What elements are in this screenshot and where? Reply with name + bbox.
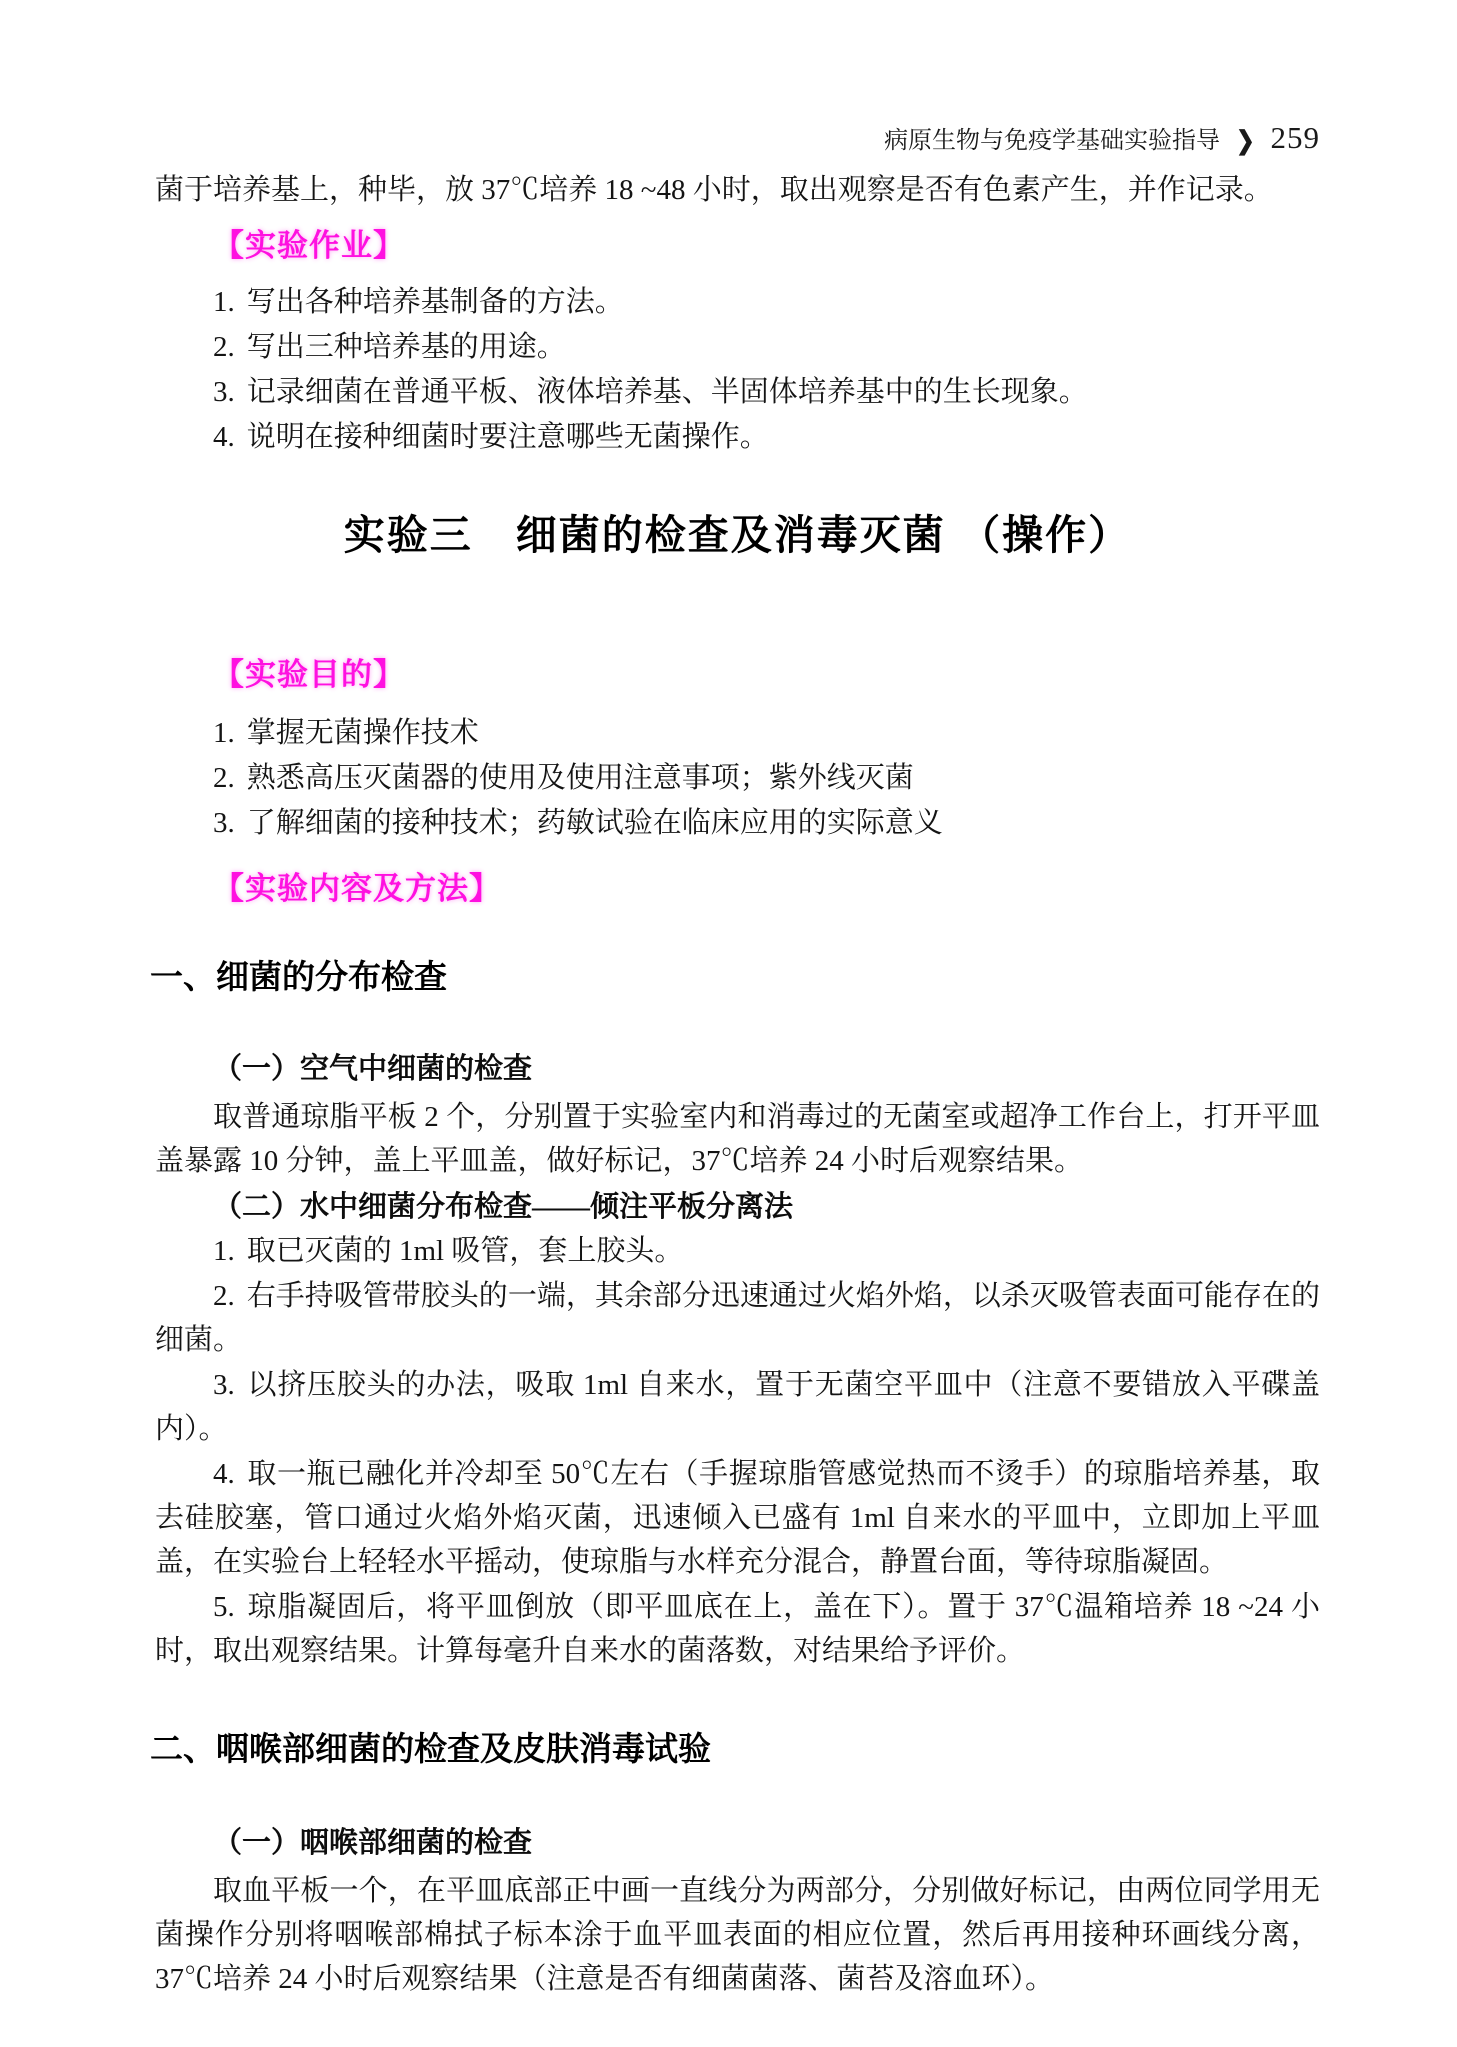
- purpose-heading: 【实验目的】: [213, 655, 1320, 695]
- item-number: 3.: [213, 1369, 235, 1401]
- item-number: 3.: [213, 807, 235, 839]
- running-head: 病原生物与免疫学基础实验指导 ❯ 259: [884, 120, 1320, 156]
- item-number: 5.: [213, 1591, 235, 1623]
- item-number: 2.: [213, 1280, 235, 1312]
- throat-check-heading: （一）咽喉部细菌的检查: [155, 1821, 1320, 1865]
- item-number: 3.: [213, 376, 235, 408]
- item-text: 写出三种培养基的用途。: [247, 331, 566, 363]
- item-number: 2.: [213, 331, 235, 363]
- list-item: 1.取已灭菌的 1ml 吸管，套上胶头。: [155, 1229, 1320, 1273]
- purpose-list: 1.掌握无菌操作技术 2.熟悉高压灭菌器的使用及使用注意事项；紫外线灭菌 3.了…: [155, 711, 1320, 845]
- list-item: 2.写出三种培养基的用途。: [155, 325, 1320, 369]
- chapter-title: 实验三 细菌的检查及消毒灭菌 （操作）: [155, 511, 1320, 559]
- item-number: 2.: [213, 762, 235, 794]
- item-text: 以挤压胶头的办法，吸取 1ml 自来水，置于无菌空平皿中（注意不要错放入平碟盖内…: [155, 1369, 1320, 1445]
- chevron-right-icon: ❯: [1236, 126, 1254, 156]
- list-item: 2.右手持吸管带胶头的一端，其余部分迅速通过火焰外焰，以杀灭吸管表面可能存在的细…: [155, 1274, 1320, 1362]
- list-item: 5.琼脂凝固后，将平皿倒放（即平皿底在上，盖在下）。置于 37℃温箱培养 18 …: [155, 1585, 1320, 1673]
- list-item: 1.写出各种培养基制备的方法。: [155, 280, 1320, 324]
- book-page: 病原生物与免疫学基础实验指导 ❯ 259 菌于培养基上，种毕，放 37℃培养 1…: [0, 0, 1457, 2047]
- item-number: 4.: [213, 1458, 235, 1490]
- list-item: 2.熟悉高压灭菌器的使用及使用注意事项；紫外线灭菌: [155, 756, 1320, 800]
- water-check-list: 1.取已灭菌的 1ml 吸管，套上胶头。 2.右手持吸管带胶头的一端，其余部分迅…: [155, 1229, 1320, 1673]
- item-text: 取一瓶已融化并冷却至 50℃左右（手握琼脂管感觉热而不烫手）的琼脂培养基，取去硅…: [155, 1458, 1320, 1578]
- section2-heading: 二、咽喉部细菌的检查及皮肤消毒试验: [150, 1729, 1320, 1769]
- list-item: 4.说明在接种细菌时要注意哪些无菌操作。: [155, 415, 1320, 459]
- list-item: 4.取一瓶已融化并冷却至 50℃左右（手握琼脂管感觉热而不烫手）的琼脂培养基，取…: [155, 1452, 1320, 1584]
- item-text: 掌握无菌操作技术: [247, 717, 479, 749]
- water-check-heading: （二）水中细菌分布检查——倾注平板分离法: [155, 1185, 1320, 1229]
- air-check-heading: （一）空气中细菌的检查: [155, 1047, 1320, 1091]
- throat-check-paragraph: 取血平板一个，在平皿底部正中画一直线分为两部分，分别做好标记，由两位同学用无菌操…: [155, 1869, 1320, 2001]
- running-head-title: 病原生物与免疫学基础实验指导: [884, 120, 1220, 155]
- list-item: 3.了解细菌的接种技术；药敏试验在临床应用的实际意义: [155, 801, 1320, 845]
- page-content: 菌于培养基上，种毕，放 37℃培养 18 ~48 小时，取出观察是否有色素产生，…: [155, 168, 1320, 2001]
- item-number: 1.: [213, 1235, 235, 1267]
- item-text: 了解细菌的接种技术；药敏试验在临床应用的实际意义: [247, 807, 943, 839]
- item-text: 记录细菌在普通平板、液体培养基、半固体培养基中的生长现象。: [247, 376, 1088, 408]
- item-text: 写出各种培养基制备的方法。: [247, 286, 624, 318]
- item-number: 1.: [213, 717, 235, 749]
- methods-heading: 【实验内容及方法】: [213, 869, 1320, 909]
- item-text: 熟悉高压灭菌器的使用及使用注意事项；紫外线灭菌: [247, 762, 914, 794]
- item-number: 4.: [213, 421, 235, 453]
- item-text: 琼脂凝固后，将平皿倒放（即平皿底在上，盖在下）。置于 37℃温箱培养 18 ~2…: [155, 1591, 1320, 1667]
- item-text: 说明在接种细菌时要注意哪些无菌操作。: [247, 421, 769, 453]
- air-check-paragraph: 取普通琼脂平板 2 个，分别置于实验室内和消毒过的无菌室或超净工作台上，打开平皿…: [155, 1095, 1320, 1183]
- list-item: 3.以挤压胶头的办法，吸取 1ml 自来水，置于无菌空平皿中（注意不要错放入平碟…: [155, 1363, 1320, 1451]
- page-number: 259: [1271, 120, 1321, 156]
- item-text: 取已灭菌的 1ml 吸管，套上胶头。: [247, 1235, 684, 1267]
- item-text: 右手持吸管带胶头的一端，其余部分迅速通过火焰外焰，以杀灭吸管表面可能存在的细菌。: [155, 1280, 1320, 1356]
- list-item: 1.掌握无菌操作技术: [155, 711, 1320, 755]
- homework-list: 1.写出各种培养基制备的方法。 2.写出三种培养基的用途。 3.记录细菌在普通平…: [155, 280, 1320, 459]
- item-number: 1.: [213, 286, 235, 318]
- section1-heading: 一、细菌的分布检查: [150, 957, 1320, 997]
- list-item: 3.记录细菌在普通平板、液体培养基、半固体培养基中的生长现象。: [155, 370, 1320, 414]
- intro-paragraph: 菌于培养基上，种毕，放 37℃培养 18 ~48 小时，取出观察是否有色素产生，…: [155, 168, 1320, 212]
- homework-heading: 【实验作业】: [213, 226, 1320, 266]
